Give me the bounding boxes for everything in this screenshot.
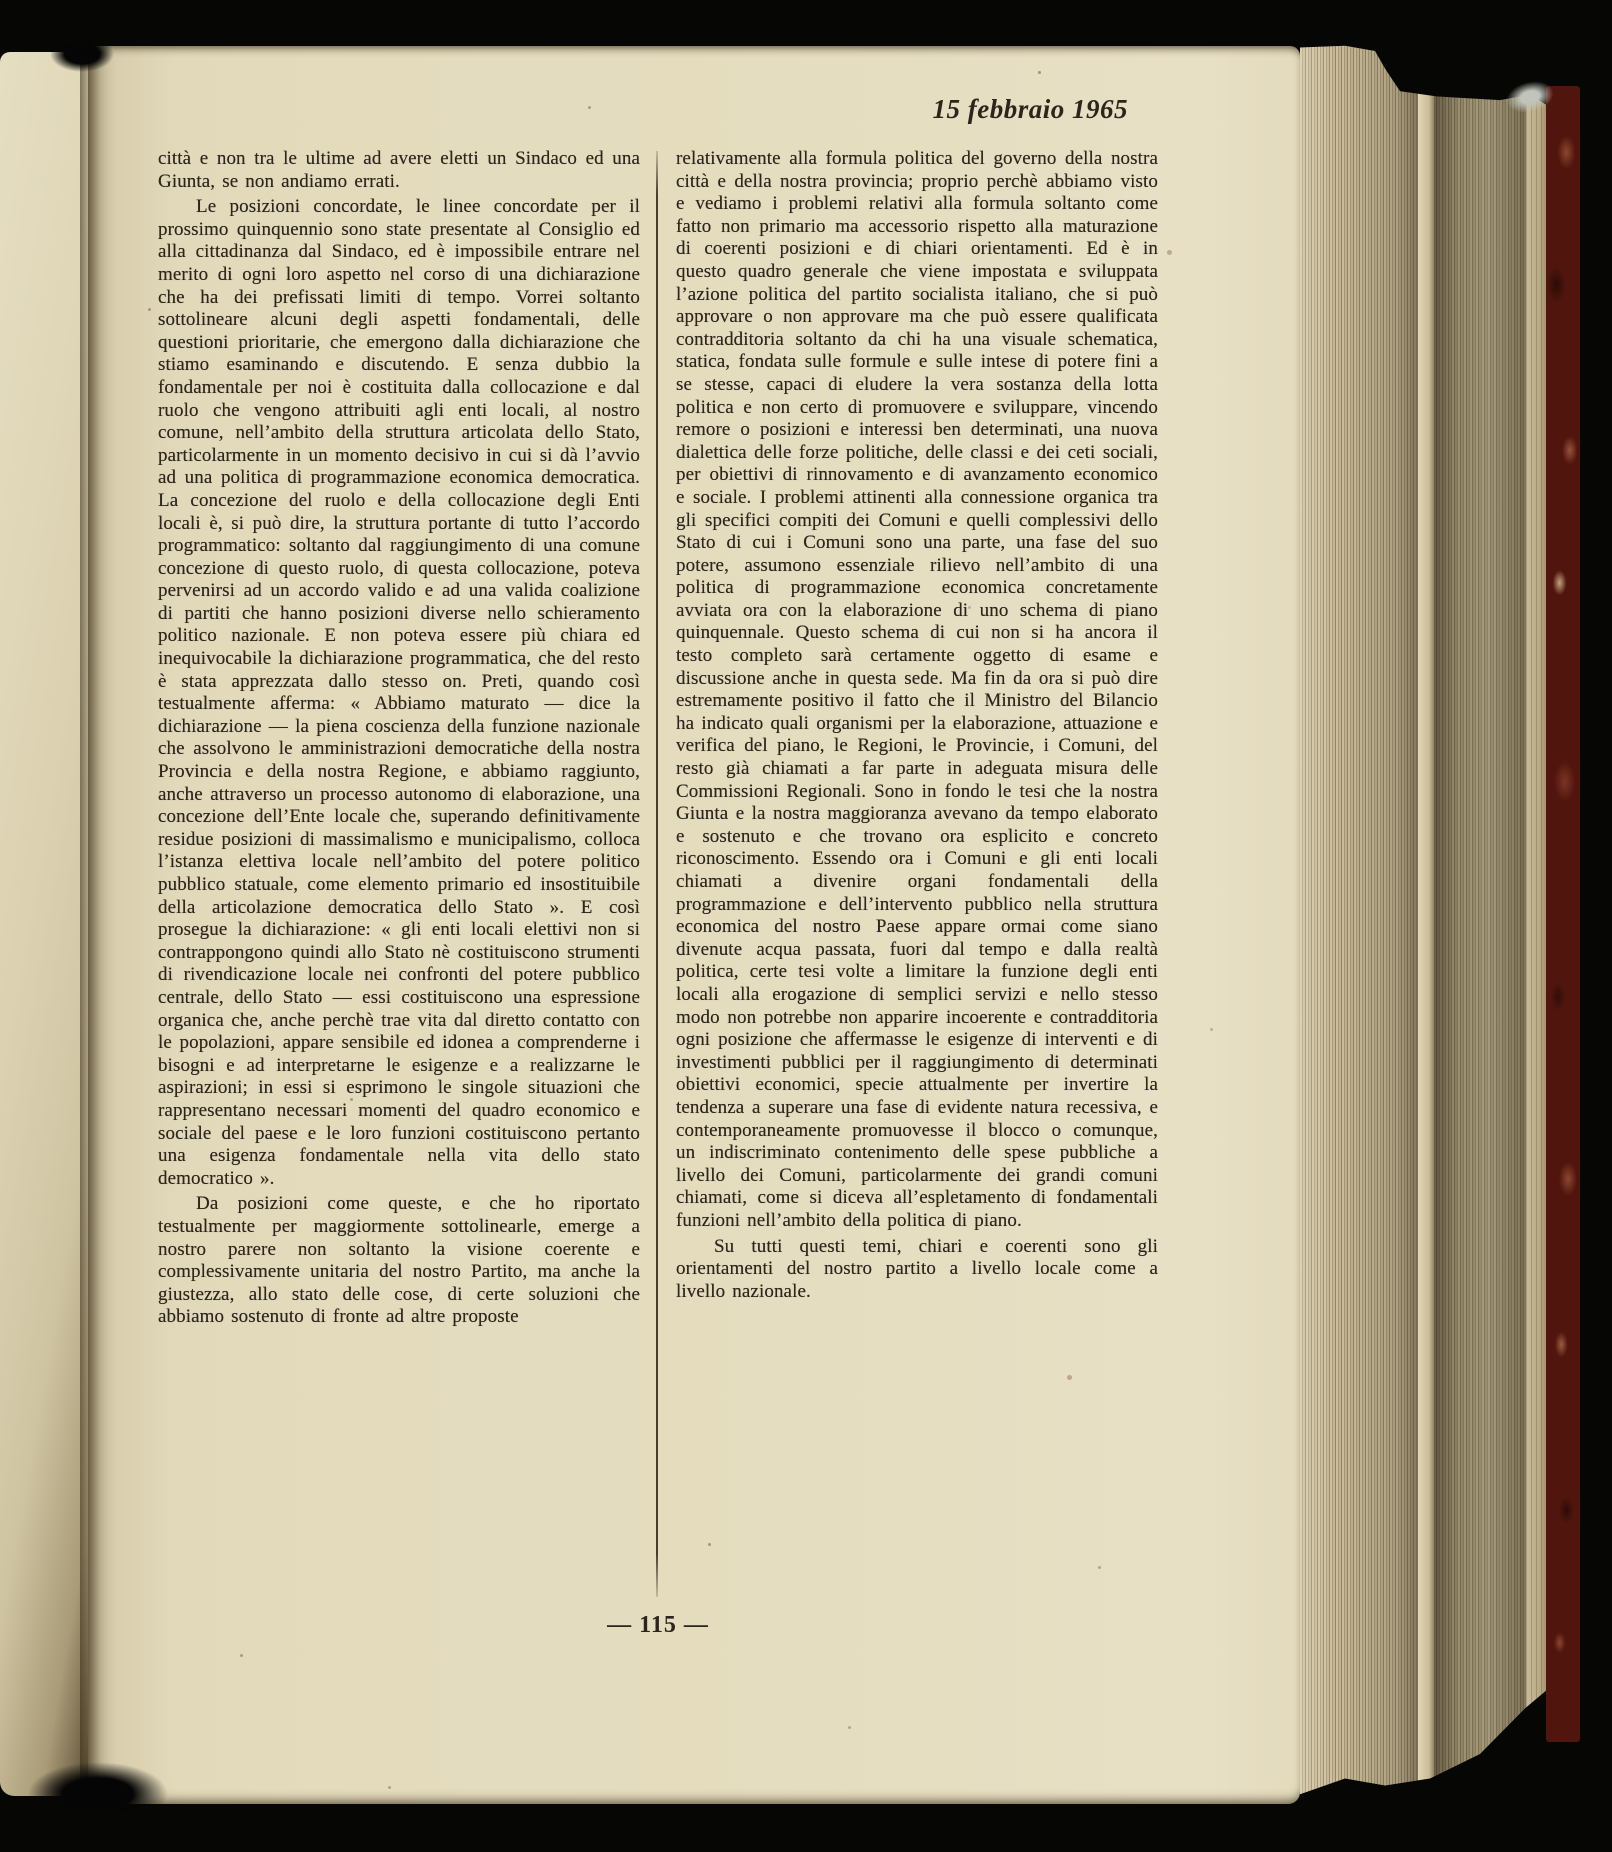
page-header-date: 15 febbraio 1965 [676, 94, 1150, 125]
paragraph: Su tutti questi temi, chiari e coerenti … [676, 1236, 1158, 1304]
facing-page-edge [0, 52, 88, 1796]
book-scan-photo: 15 febbraio 1965 città e non tra le ulti… [0, 0, 1612, 1852]
column-divider-rule [656, 151, 658, 1597]
page-edge-band-inner [1434, 44, 1526, 1796]
paragraph: relativamente alla formula politica del … [676, 148, 1158, 1233]
paragraph: Le posizioni concordate, le linee concor… [158, 196, 640, 1190]
page-edge-stack [1300, 44, 1550, 1796]
paragraph: Da posizioni come queste, e che ho ripor… [158, 1193, 640, 1329]
paragraph: città e non tra le ultime ad avere elett… [158, 148, 640, 193]
book-gutter [80, 46, 100, 1804]
gutter-shadow-bottom [28, 1762, 168, 1826]
text-column-left: città e non tra le ultime ad avere elett… [158, 148, 640, 1329]
marbled-cover-board [1546, 86, 1580, 1742]
page-number: — 115 — [158, 1612, 1158, 1639]
gutter-shadow-top [50, 36, 114, 72]
page-edge-sliver [1418, 44, 1434, 1796]
book-page: 15 febbraio 1965 città e non tra le ulti… [88, 46, 1300, 1804]
page-edge-band-outer [1300, 44, 1418, 1796]
text-column-right: relativamente alla formula politica del … [676, 148, 1158, 1303]
